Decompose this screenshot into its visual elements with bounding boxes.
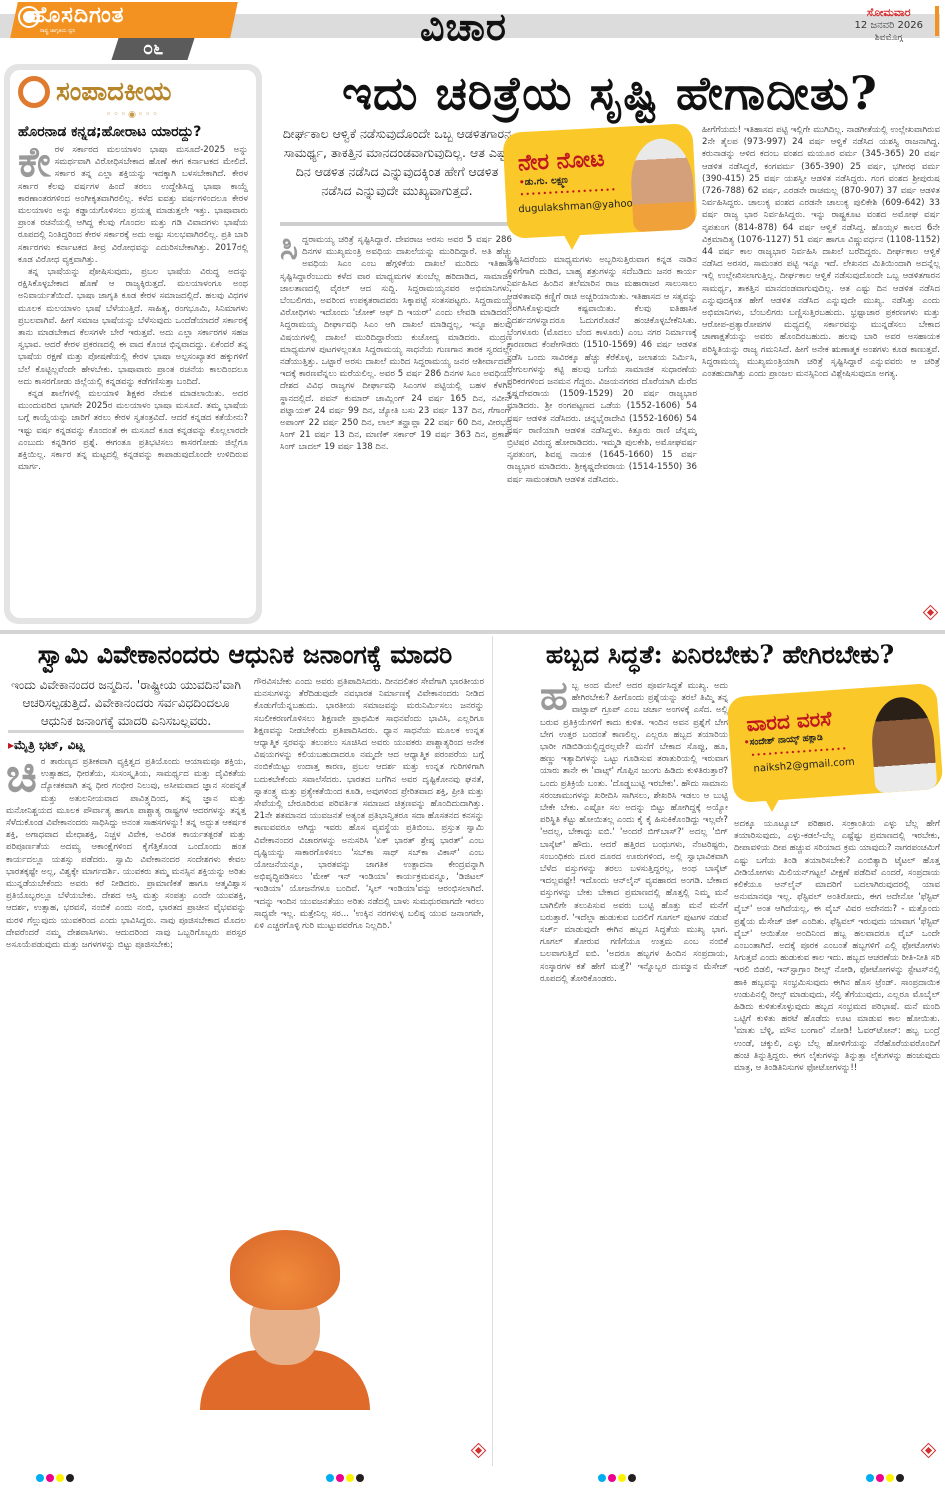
editorial-inner: ಸಂಪಾದಕೀಯ ◦◦◦◉◦◦◦ ಹೊರನಾಡ ಕನ್ನಡ;ಹೋರಾಟ ಯಾರದ…	[10, 70, 256, 618]
column-name: ವಾರದ ವರಸೆ	[746, 706, 833, 736]
magenta-dot	[336, 1474, 344, 1482]
edition-city: ಶಿವಮೊಗ್ಗ	[854, 33, 923, 43]
yellow-dot	[56, 1474, 64, 1482]
magenta-dot	[46, 1474, 54, 1482]
cyan-dot	[598, 1474, 606, 1482]
cmyk-registration-marks	[598, 1474, 636, 1482]
black-dot	[66, 1474, 74, 1482]
festival-column-2: ಅದಕ್ಕೂ ಯೂಟ್ಯೂಬ್ ಪರಿಹಾರ. ಸಂಕ್ರಾಂತಿಯ ಎಳ್ಳು…	[734, 818, 940, 1466]
magenta-dot	[876, 1474, 884, 1482]
author-photo	[629, 137, 696, 232]
black-dot	[628, 1474, 636, 1482]
editorial-paragraph: ರಳ ಸರ್ಕಾರದ ಮಲಯಾಳಂ ಭಾಷಾ ಮಸೂದೆ-2025 ಅನ್ನು …	[18, 144, 248, 266]
dropcap: ಸಿ	[280, 234, 298, 262]
magenta-dot	[608, 1474, 616, 1482]
masthead: ಹೊಸದಿಗಂತ ರಾಷ್ಟ್ರ ಜಾಗೃತಿಯ ಧ್ವನಿ ವಿಚಾರ ಸೋಮ…	[0, 0, 945, 40]
lead-column-2: ಸೃಷ್ಟಿಸಿದರೆಂದು ಮಾಧ್ಯಮಗಳು ಅಬ್ಬರಿಸುತ್ತಿರುವ…	[507, 254, 697, 626]
masthead-accent-bar	[935, 6, 939, 36]
cyan-dot	[326, 1474, 334, 1482]
byline-text: ಮೈತ್ರಿ ಭಟ್, ವಿಟ್ಲ	[14, 738, 85, 752]
date-block: ಸೋಮವಾರ 12 ಜನವರಿ 2026 ಶಿವಮೊಗ್ಗ	[854, 6, 923, 43]
black-dot	[896, 1474, 904, 1482]
black-dot	[356, 1474, 364, 1482]
lead-deck: ದೀರ್ಘಕಾಲ ಆಳ್ವಿಕೆ ನಡೆಸುವುದೊಂದೇ ಒಬ್ಬ ಆಡಳಿತ…	[282, 124, 512, 200]
cmyk-registration-marks	[326, 1474, 364, 1482]
dropcap: ಹ	[540, 680, 568, 712]
editorial-box: ಸಂಪಾದಕೀಯ ◦◦◦◉◦◦◦ ಹೊರನಾಡ ಕನ್ನಡ;ಹೋರಾಟ ಯಾರದ…	[4, 64, 262, 624]
card-pointer	[560, 228, 584, 250]
yellow-dot	[346, 1474, 354, 1482]
editorial-body: ಕೇ ರಳ ಸರ್ಕಾರದ ಮಲಯಾಳಂ ಭಾಷಾ ಮಸೂದೆ-2025 ಅನ್…	[18, 144, 248, 473]
byline: ▸ಮೈತ್ರಿ ಭಟ್, ವಿಟ್ಲ	[8, 738, 85, 753]
author-photo	[869, 695, 937, 793]
editorial-header: ಸಂಪಾದಕೀಯ	[18, 76, 248, 108]
dropcap: ಕೇ	[18, 144, 51, 180]
lead-column-1: ಸಿ ದ್ದರಾಮಯ್ಯ ಚರಿತ್ರೆ ಸೃಷ್ಟಿಸಿದ್ದಾರೆ. ದೇವ…	[280, 234, 512, 626]
editorial-headline: ಹೊರನಾಡ ಕನ್ನಡ;ಹೋರಾಟ ಯಾರದ್ದು?	[18, 124, 248, 140]
yellow-dot	[886, 1474, 894, 1482]
page-number: ೦೬	[111, 38, 194, 60]
column-divider	[492, 636, 493, 1466]
brand-tagline: ರಾಷ್ಟ್ರ ಜಾಗೃತಿಯ ಧ್ವನಿ	[40, 28, 75, 34]
vivekananda-column-1-text: ರ ತಾರುಣ್ಯದ ಪ್ರತೀಕವಾಗಿ ವ್ಯಕ್ತಿತ್ವದ ಪ್ರತಿಯ…	[6, 757, 246, 950]
festival-headline: ಹಬ್ಬದ ಸಿದ್ಧತೆ: ಏನಿರಬೇಕು? ಹೇಗಿರಬೇಕು?	[500, 640, 940, 670]
issue-date: 12 ಜನವರಿ 2026	[854, 20, 923, 31]
dropcap: ಚಿ	[6, 756, 37, 794]
author-card-varada-varase: ವಾರದ ವರಸೆ •ಸಂದೇಶ್ ನಾಯ್ಕ್ ಹಕ್ಲಾಡಿ •••••••…	[727, 683, 944, 803]
cyan-dot	[866, 1474, 874, 1482]
section-divider	[0, 630, 945, 634]
lead-headline: ಇದು ಚರಿತ್ರೆಯ ಸೃಷ್ಟಿ ಹೇಗಾದೀತು?	[290, 66, 930, 122]
divider	[280, 222, 514, 226]
section-title: ವಿಚಾರ	[420, 4, 507, 50]
vivekananda-photo	[200, 1230, 370, 1410]
editorial-logo-icon	[18, 76, 50, 108]
festival-column-1: ಹ ಬ್ಬ ಅಂದ ಮೇಲೆ ಅದರ ಪೂರ್ವಸಿದ್ಧತೆ ಮುಖ್ಯ. ಅ…	[540, 680, 728, 1466]
vivekananda-deck: ಇಂದು ವಿವೇಕಾನಂದರ ಜನ್ಮದಿನ. 'ರಾಷ್ಟ್ರೀಯ ಯುವದ…	[6, 676, 246, 730]
cmyk-registration-marks	[36, 1474, 74, 1482]
vivekananda-headline: ಸ್ವಾಮಿ ವಿವೇಕಾನಂದರು ಆಧುನಿಕ ಜನಾಂಗಕ್ಕೆ ಮಾದರ…	[10, 640, 480, 670]
lead-column-1-text: ದ್ದರಾಮಯ್ಯ ಚರಿತ್ರೆ ಸೃಷ್ಟಿಸಿದ್ದಾರೆ. ದೇವರಾಜ…	[280, 235, 512, 452]
author-name: •ಡು.ಗು. ಲಕ್ಷ್ಮಣ	[519, 176, 568, 189]
brand-name: ಹೊಸದಿಗಂತ	[30, 3, 124, 28]
card-pointer	[760, 790, 784, 812]
ornament-divider: ◦◦◦◉◦◦◦	[18, 110, 248, 120]
page-number-text: ೦೬	[143, 38, 163, 60]
author-name-text: ಡು.ಗು. ಲಕ್ಷ್ಮಣ	[525, 176, 569, 188]
column-name: ನೇರ ನೋಟ	[517, 146, 605, 176]
lead-column-3: ಹೀಗೆಗೆಯದು! ಇತಿಹಾಸದ ಪಟ್ಟಿ ಇಲ್ಲಿಗೇ ಮುಗಿದಿಲ…	[702, 124, 940, 614]
yellow-dot	[618, 1474, 626, 1482]
cmyk-registration-marks	[866, 1474, 904, 1482]
author-email: naiksh2@gmail.com	[753, 757, 855, 775]
editorial-paragraph: ಕನ್ನಡ ಶಾಲೆಗಳಲ್ಲಿ ಮಲಯಾಳಿ ಶಿಕ್ಷಕರ ನೇಮಕ ಮಾಡ…	[18, 388, 248, 473]
weekday: ಸೋಮವಾರ	[854, 6, 923, 20]
author-card-neera-nota: ನೇರ ನೋಟ •ಡು.ಗು. ಲಕ್ಷ್ಮಣ ••••••••••••••••…	[502, 123, 697, 239]
cyan-dot	[36, 1474, 44, 1482]
editorial-paragraph: ತನ್ನ ಭಾಷೆಯನ್ನು ಪೋಷಿಸುವುದು, ಪ್ರಬಲ ಭಾಷೆಯ ವ…	[18, 266, 248, 388]
editorial-label: ಸಂಪಾದಕೀಯ	[56, 77, 171, 108]
turban-shape	[230, 1230, 340, 1310]
festival-column-1-text: ಬ್ಬ ಅಂದ ಮೇಲೆ ಅದರ ಪೂರ್ವಸಿದ್ಧತೆ ಮುಖ್ಯ. ಅದು…	[540, 681, 728, 984]
divider	[8, 730, 244, 733]
